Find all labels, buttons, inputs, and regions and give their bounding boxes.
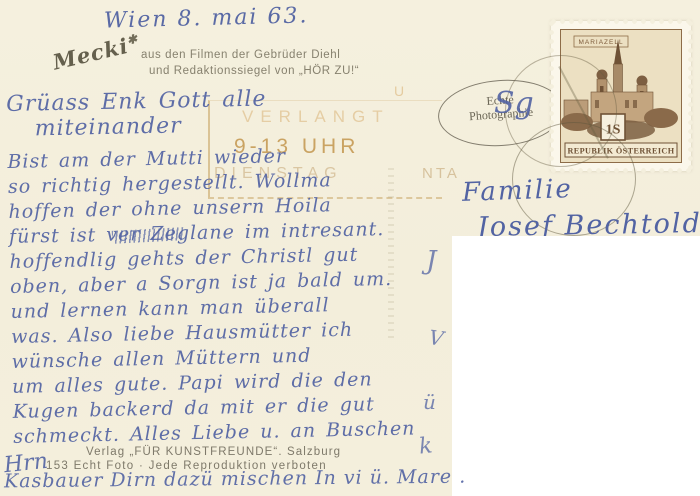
censored-stroke-fragment: V (427, 325, 445, 351)
printed-header-line1: aus den Filmen der Gebrüder Diehl (141, 49, 340, 61)
publisher-line1: Verlag „FÜR KUNSTFREUNDE“. Salzburg (86, 446, 341, 458)
postcard-back: Wien 8. mai 63. Mecki✱ aus den Filmen de… (0, 0, 700, 496)
mecki-star-icon: ✱ (125, 31, 139, 47)
cancel-fragment-right: NTA (422, 165, 460, 182)
stamp-perforation-right (687, 19, 694, 173)
printed-header-line2: und Redaktionssiegel von „HÖR ZU!“ (149, 65, 359, 77)
address-privacy-mask (452, 236, 700, 496)
handwritten-message: Grüass Enk Gott alle miteinander Bist am… (6, 84, 416, 450)
censored-stroke-fragment: ü (423, 390, 436, 414)
handwritten-bottom-line: Kasbauer Dirn dazü mischen In vi ü. Mare… (4, 466, 466, 493)
mecki-label: Mecki (50, 33, 131, 75)
handwritten-date: Wien 8. mai 63. (104, 3, 309, 33)
censored-stroke-fragment: k (418, 433, 434, 459)
address-salutation: Sg (494, 86, 534, 121)
censored-stroke-fragment: J (426, 246, 436, 276)
stamp-perforation-top (549, 18, 693, 25)
mecki-rubber-stamp: Mecki✱ (50, 30, 141, 74)
address-line-family: Familie (462, 174, 574, 208)
stamp-motif-label: MARIAZELL (578, 39, 623, 46)
